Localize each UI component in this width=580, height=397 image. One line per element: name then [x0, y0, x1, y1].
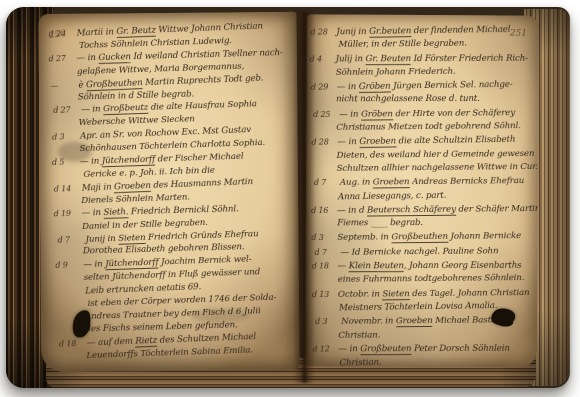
handwriting-line: d 18— Klein Beuten, Johann Georg Eisenba… — [312, 259, 537, 274]
place-name-underlined: Gr. Beuten — [365, 54, 411, 65]
place-name-underlined: Sieth. — [103, 207, 128, 219]
entry-date-margin — [50, 99, 78, 100]
handwriting-line: d 4Julij in Gr. Beuten Id Förster Friede… — [310, 51, 535, 66]
entry-text: Septemb. in Großbeuthen Johann Bernicke — [337, 232, 521, 244]
place-name-underlined: Groeben — [114, 181, 151, 193]
entry-text: — Klein Beuten, Johann Georg Eisenbarths — [338, 261, 522, 273]
entry-text: — in Groeben die alte Schultzin Elisabet… — [337, 135, 515, 148]
place-name-underlined: Groeben — [396, 316, 433, 327]
place-name-underlined: Gr.beuten — [369, 26, 411, 38]
entry-text: — in d Beutersch Schäferey der Schäfer M… — [337, 204, 539, 217]
entry-date-margin: d 3 — [52, 131, 80, 145]
place-name-underlined: Großbeuthen — [86, 78, 143, 91]
entry-date-margin: d 14 — [54, 182, 82, 196]
entry-text: — in Großbeuten Peter Dorsch Söhnlein — [338, 344, 509, 356]
entry-date-margin: d 19 — [54, 207, 82, 221]
place-name-underlined: Groeben — [373, 177, 410, 188]
entry-text: Novembr. in Groeben Michael Bastians — [341, 315, 508, 327]
entry-date-margin: d 13 — [312, 287, 338, 301]
place-name-underlined: Großbeuthen — [391, 232, 448, 244]
place-name-underlined: Jütchendorff — [102, 155, 156, 168]
entry-date-margin: d 5 — [52, 156, 80, 170]
entry-date-margin: d 27 — [53, 104, 81, 118]
entry-date-margin — [53, 203, 81, 204]
entry-date-margin: d 28 — [311, 136, 337, 150]
entry-text: Anna Liesegangs, c. part. — [338, 190, 446, 202]
entry-date-margin — [54, 229, 82, 230]
entry-text: — Id Bernicke nachgel. Pauline Sohn — [340, 246, 498, 258]
place-name-underlined: Gucken — [98, 52, 131, 64]
handwriting-line: Anna Liesegangs, c. part. — [312, 188, 537, 205]
entry-text: eines Fuhrmanns todtgebohrenes Söhnlein. — [338, 273, 525, 285]
photo-of-open-register-book: 250 d 24Martii in Gr. Beutz Wittwe Johan… — [0, 0, 580, 397]
entry-date-margin — [58, 358, 86, 359]
entry-text: Christian. — [339, 358, 381, 368]
entry-text: Octobr. in Sieten des Tagel. Johann Chri… — [338, 288, 530, 300]
handwriting-line: d 25— in Gröben der Hirte von der Schäfe… — [313, 106, 538, 122]
handwriting-line: Fiemes ____ begrab. — [311, 217, 536, 231]
left-page: 250 d 24Martii in Gr. Beutz Wittwe Johan… — [38, 12, 299, 372]
place-name-underlined: Groeben — [359, 137, 396, 149]
entry-text: Junij in Gr.beuten der findenden Michael — [336, 25, 510, 38]
entry-text: nicht nachgelassene Rose d. tunt. — [336, 94, 480, 105]
entry-date-margin: d 7 — [314, 246, 340, 260]
entry-date-margin: d 18 — [312, 259, 338, 272]
place-name-underlined: Gr. Beutz — [116, 26, 156, 39]
book-gutter-shadow — [293, 11, 315, 383]
handwriting-line: Christian. — [312, 327, 537, 342]
entry-date-margin: d 3 — [311, 231, 337, 245]
page-number-right: 251 — [510, 29, 527, 39]
entry-date-margin — [55, 254, 83, 255]
entry-date-margin: d 7 — [314, 176, 340, 190]
entry-date-margin — [49, 74, 77, 75]
book: 250 d 24Martii in Gr. Beutz Wittwe Johan… — [6, 7, 570, 388]
place-name-underlined: Großbeuten — [360, 344, 411, 355]
right-page: 251 d 28Junij in Gr.beuten der findenden… — [305, 14, 539, 367]
entry-date-margin — [52, 151, 80, 152]
entry-text: Söhnlein Johann Friederich. — [336, 67, 456, 78]
entry-date-margin — [51, 48, 79, 49]
entry-text: Söhnlein in d Stille begrab. — [78, 89, 195, 102]
entry-text: — in Sieth. Friedrich Bernickl Söhnl. — [82, 204, 239, 219]
entry-text: Müller, in der Stille begraben. — [338, 39, 466, 50]
entry-text: Christian. — [338, 330, 380, 340]
entry-text: — in Gröben Jürgen Bernick Sel. nachge- — [337, 80, 513, 93]
entry-text: Christianus Mietzen todt gebohrend Söhnl… — [336, 121, 521, 133]
place-name-underlined: Gröben — [359, 82, 391, 93]
entry-text: Dieten, des weiland hier d Gemeinde gewe… — [337, 149, 535, 161]
entry-text: Fiemes ____ begrab. — [337, 218, 423, 228]
handwriting-line: d 7— Id Bernicke nachgel. Pauline Sohn — [314, 244, 539, 260]
entry-date-margin: d 25 — [313, 108, 339, 122]
place-name-underlined: Sieten — [382, 289, 409, 300]
entry-date-margin — [57, 294, 85, 295]
entry-date-margin: d 12 — [312, 342, 338, 355]
entry-date-margin: d 9 — [55, 259, 83, 273]
entry-text: Aug. in Groeben Andreas Bernicks Ehefrau — [340, 176, 524, 188]
place-name-underlined: Klein Beuten — [349, 261, 404, 272]
place-name-underlined: Sieten — [118, 232, 146, 244]
entry-date-margin: d 3 — [315, 315, 341, 329]
entry-date-margin — [60, 306, 88, 307]
entry-date-margin: d 27 — [48, 52, 76, 66]
place-name-underlined: Gröben — [361, 109, 393, 120]
handwriting-line: Müller, in der Stille begraben. — [312, 37, 537, 52]
entry-date-margin — [51, 125, 79, 126]
entry-text: Schultzen allhier nachgelassene Wittwe i… — [337, 162, 539, 174]
place-name-underlined: Rietz — [135, 335, 157, 347]
place-name-underlined: Großbeutz — [103, 103, 148, 115]
place-name-underlined: Beutersch Schäferey — [367, 205, 456, 217]
entry-date-margin: d 18 — [59, 337, 87, 351]
handwriting-line: Christian. — [313, 354, 538, 367]
place-name-underlined: Jütchendorff — [105, 258, 159, 271]
entry-text: Julij in Gr. Beuten Id Förster Friederic… — [336, 53, 528, 65]
entry-text: Meistners Töchterlein Lovisa Amalia. — [339, 301, 498, 313]
entry-text: — in Gröben der Hirte von der Schäferey — [339, 108, 515, 120]
entry-date-margin — [55, 177, 83, 178]
entry-date-margin — [56, 280, 84, 281]
